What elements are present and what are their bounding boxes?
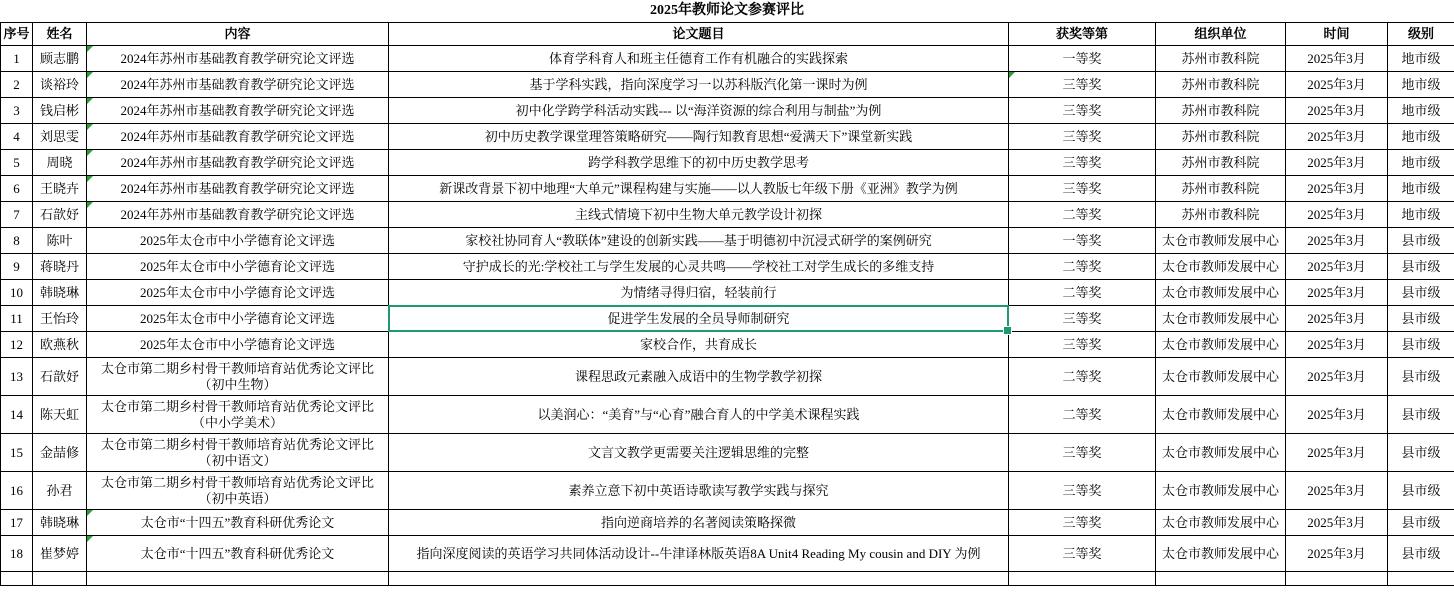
paper-title-cell[interactable]: 家校合作，共育成长 <box>389 332 1009 358</box>
content-cell[interactable]: 太仓市“十四五”教育科研优秀论文 <box>87 536 389 572</box>
paper-title-cell[interactable]: 主线式情境下初中生物大单元教学设计初探 <box>389 202 1009 228</box>
col-header-index[interactable]: 序号 <box>1 23 33 46</box>
level-cell[interactable]: 地市级 <box>1388 202 1454 228</box>
name-cell[interactable]: 石歆妤 <box>33 358 87 396</box>
org-unit-cell[interactable]: 苏州市教科院 <box>1156 98 1286 124</box>
table-row: 14陈天虹太仓市第二期乡村骨干教师培育站优秀论文评比（中小学美术）以美润心：“美… <box>1 396 1454 434</box>
time-cell[interactable]: 2025年3月 <box>1286 396 1388 434</box>
comment-indicator-icon <box>87 202 93 208</box>
row-number-cell[interactable]: 2 <box>1 72 33 98</box>
content-cell[interactable]: 太仓市第二期乡村骨干教师培育站优秀论文评比（初中英语） <box>87 472 389 510</box>
time-cell[interactable]: 2025年3月 <box>1286 228 1388 254</box>
row-number-cell[interactable]: 17 <box>1 510 33 536</box>
col-header-org[interactable]: 组织单位 <box>1156 23 1286 46</box>
award-cell[interactable]: 三等奖 <box>1009 98 1156 124</box>
level-cell[interactable]: 县市级 <box>1388 434 1454 472</box>
comment-indicator-icon <box>87 72 93 78</box>
row-number-cell[interactable]: 11 <box>1 306 33 332</box>
award-cell[interactable]: 三等奖 <box>1009 472 1156 510</box>
table-row: 2谈裕玲2024年苏州市基础教育教学研究论文评选基于学科实践，指向深度学习一以苏… <box>1 72 1454 98</box>
award-cell[interactable]: 三等奖 <box>1009 72 1156 98</box>
level-cell[interactable]: 县市级 <box>1388 536 1454 572</box>
level-cell[interactable]: 地市级 <box>1388 46 1454 72</box>
time-cell[interactable]: 2025年3月 <box>1286 124 1388 150</box>
time-cell[interactable]: 2025年3月 <box>1286 98 1388 124</box>
table-row: 10韩晓琳2025年太仓市中小学德育论文评选为情绪寻得归宿，轻装前行二等奖太仓市… <box>1 280 1454 306</box>
name-cell[interactable]: 钱启彬 <box>33 98 87 124</box>
name-cell[interactable]: 欧燕秋 <box>33 332 87 358</box>
org-unit-cell[interactable]: 太仓市教师发展中心 <box>1156 306 1286 332</box>
org-unit-cell[interactable] <box>1156 572 1286 586</box>
partial-row <box>1 572 1454 586</box>
time-cell[interactable]: 2025年3月 <box>1286 72 1388 98</box>
time-cell[interactable]: 2025年3月 <box>1286 254 1388 280</box>
time-cell[interactable]: 2025年3月 <box>1286 358 1388 396</box>
org-unit-cell[interactable]: 苏州市教科院 <box>1156 72 1286 98</box>
org-unit-cell[interactable]: 苏州市教科院 <box>1156 150 1286 176</box>
name-cell[interactable]: 韩晓琳 <box>33 280 87 306</box>
comment-indicator-icon <box>1009 72 1015 78</box>
award-cell[interactable]: 三等奖 <box>1009 510 1156 536</box>
content-cell[interactable]: 2025年太仓市中小学德育论文评选 <box>87 332 389 358</box>
table-row: 7石歆妤2024年苏州市基础教育教学研究论文评选主线式情境下初中生物大单元教学设… <box>1 202 1454 228</box>
col-header-award[interactable]: 获奖等第 <box>1009 23 1156 46</box>
content-cell[interactable]: 2025年太仓市中小学德育论文评选 <box>87 254 389 280</box>
table-row: 12欧燕秋2025年太仓市中小学德育论文评选家校合作，共育成长三等奖太仓市教师发… <box>1 332 1454 358</box>
time-cell[interactable]: 2025年3月 <box>1286 306 1388 332</box>
paper-title-cell[interactable]: 体育学科育人和班主任德育工作有机融合的实践探索 <box>389 46 1009 72</box>
content-cell[interactable]: 太仓市第二期乡村骨干教师培育站优秀论文评比（中小学美术） <box>87 396 389 434</box>
level-cell[interactable]: 地市级 <box>1388 98 1454 124</box>
award-cell[interactable]: 二等奖 <box>1009 280 1156 306</box>
row-number-cell[interactable]: 16 <box>1 472 33 510</box>
level-cell[interactable]: 县市级 <box>1388 396 1454 434</box>
content-cell[interactable]: 2024年苏州市基础教育教学研究论文评选 <box>87 72 389 98</box>
paper-title-cell[interactable]: 初中历史教学课堂理答策略研究——陶行知教育思想“爱满天下”课堂新实践 <box>389 124 1009 150</box>
award-cell[interactable]: 三等奖 <box>1009 176 1156 202</box>
time-cell[interactable]: 2025年3月 <box>1286 46 1388 72</box>
name-cell[interactable]: 谈裕玲 <box>33 72 87 98</box>
level-cell[interactable]: 县市级 <box>1388 332 1454 358</box>
org-unit-cell[interactable]: 苏州市教科院 <box>1156 176 1286 202</box>
name-cell[interactable]: 陈天虹 <box>33 396 87 434</box>
content-cell[interactable]: 2024年苏州市基础教育教学研究论文评选 <box>87 46 389 72</box>
award-cell[interactable]: 二等奖 <box>1009 396 1156 434</box>
level-cell[interactable]: 地市级 <box>1388 124 1454 150</box>
row-number-cell[interactable]: 13 <box>1 358 33 396</box>
paper-title-cell[interactable]: 基于学科实践，指向深度学习一以苏科版汽化第一课时为例 <box>389 72 1009 98</box>
col-header-level[interactable]: 级别 <box>1388 23 1454 46</box>
level-cell[interactable]: 县市级 <box>1388 254 1454 280</box>
level-cell[interactable]: 地市级 <box>1388 150 1454 176</box>
row-number-cell[interactable]: 15 <box>1 434 33 472</box>
org-unit-cell[interactable]: 太仓市教师发展中心 <box>1156 536 1286 572</box>
time-cell[interactable]: 2025年3月 <box>1286 332 1388 358</box>
name-cell[interactable]: 崔梦婷 <box>33 536 87 572</box>
content-cell[interactable]: 2025年太仓市中小学德育论文评选 <box>87 306 389 332</box>
comment-indicator-icon <box>87 46 93 52</box>
award-cell[interactable]: 三等奖 <box>1009 434 1156 472</box>
paper-title-cell[interactable]: 素养立意下初中英语诗歌读写教学实践与探究 <box>389 472 1009 510</box>
col-header-name[interactable]: 姓名 <box>33 23 87 46</box>
name-cell[interactable]: 顾志鹏 <box>33 46 87 72</box>
name-cell[interactable]: 周晓 <box>33 150 87 176</box>
row-number-cell[interactable]: 6 <box>1 176 33 202</box>
name-cell[interactable]: 孙君 <box>33 472 87 510</box>
header-row: 序号 姓名 内容 论文题目 获奖等第 组织单位 时间 级别 <box>1 23 1454 46</box>
time-cell[interactable] <box>1286 572 1388 586</box>
level-cell[interactable]: 县市级 <box>1388 280 1454 306</box>
content-cell[interactable]: 2024年苏州市基础教育教学研究论文评选 <box>87 98 389 124</box>
name-cell[interactable]: 王晓卉 <box>33 176 87 202</box>
paper-title-cell[interactable]: 以美润心：“美育”与“心育”融合育人的中学美术课程实践 <box>389 396 1009 434</box>
paper-title-cell[interactable]: 守护成长的光:学校社工与学生发展的心灵共鸣——学校社工对学生成长的多维支持 <box>389 254 1009 280</box>
table-row: 5周晓2024年苏州市基础教育教学研究论文评选跨学科教学思维下的初中历史教学思考… <box>1 150 1454 176</box>
org-unit-cell[interactable]: 太仓市教师发展中心 <box>1156 396 1286 434</box>
award-cell[interactable]: 三等奖 <box>1009 124 1156 150</box>
comment-indicator-icon <box>87 98 93 104</box>
comment-indicator-icon <box>87 536 93 542</box>
time-cell[interactable]: 2025年3月 <box>1286 176 1388 202</box>
award-cell[interactable]: 一等奖 <box>1009 46 1156 72</box>
table-row: 3钱启彬2024年苏州市基础教育教学研究论文评选初中化学跨学科活动实践--- 以… <box>1 98 1454 124</box>
level-cell[interactable]: 县市级 <box>1388 306 1454 332</box>
table-row: 16孙君太仓市第二期乡村骨干教师培育站优秀论文评比（初中英语）素养立意下初中英语… <box>1 472 1454 510</box>
org-unit-cell[interactable]: 太仓市教师发展中心 <box>1156 434 1286 472</box>
level-cell[interactable] <box>1388 572 1454 586</box>
level-cell[interactable]: 地市级 <box>1388 72 1454 98</box>
row-number-cell[interactable]: 9 <box>1 254 33 280</box>
row-number-cell[interactable]: 4 <box>1 124 33 150</box>
name-cell[interactable]: 刘思雯 <box>33 124 87 150</box>
row-number-cell[interactable]: 18 <box>1 536 33 572</box>
col-header-time[interactable]: 时间 <box>1286 23 1388 46</box>
award-cell[interactable]: 三等奖 <box>1009 150 1156 176</box>
paper-title-cell[interactable]: 跨学科教学思维下的初中历史教学思考 <box>389 150 1009 176</box>
table-row: 11王怡玲2025年太仓市中小学德育论文评选促进学生发展的全员导师制研究三等奖太… <box>1 306 1454 332</box>
paper-title-cell[interactable] <box>389 572 1009 586</box>
award-cell[interactable]: 二等奖 <box>1009 358 1156 396</box>
content-cell[interactable]: 2024年苏州市基础教育教学研究论文评选 <box>87 150 389 176</box>
table-row: 17韩晓琳太仓市“十四五”教育科研优秀论文指向逆商培养的名著阅读策略探微三等奖太… <box>1 510 1454 536</box>
name-cell[interactable]: 石歆妤 <box>33 202 87 228</box>
paper-title-cell[interactable]: 新课改背景下初中地理“大单元”课程构建与实施——以人教版七年级下册《亚洲》教学为… <box>389 176 1009 202</box>
awards-table: 序号 姓名 内容 论文题目 获奖等第 组织单位 时间 级别 1顾志鹏2024年苏… <box>0 22 1454 586</box>
row-number-cell[interactable]: 10 <box>1 280 33 306</box>
table-header: 序号 姓名 内容 论文题目 获奖等第 组织单位 时间 级别 <box>1 23 1454 46</box>
table-row: 15金喆修太仓市第二期乡村骨干教师培育站优秀论文评比（初中语文）文言文教学更需要… <box>1 434 1454 472</box>
name-cell[interactable]: 韩晓琳 <box>33 510 87 536</box>
paper-title-cell[interactable]: 指向逆商培养的名著阅读策略探微 <box>389 510 1009 536</box>
content-cell[interactable]: 2025年太仓市中小学德育论文评选 <box>87 228 389 254</box>
award-cell[interactable] <box>1009 572 1156 586</box>
org-unit-cell[interactable]: 太仓市教师发展中心 <box>1156 332 1286 358</box>
time-cell[interactable]: 2025年3月 <box>1286 536 1388 572</box>
comment-indicator-icon <box>87 124 93 130</box>
paper-title-cell[interactable]: 家校社协同育人“教联体”建设的创新实践——基于明德初中沉浸式研学的案例研究 <box>389 228 1009 254</box>
paper-title-cell[interactable]: 文言文教学更需要关注逻辑思维的完整 <box>389 434 1009 472</box>
comment-indicator-icon <box>87 176 93 182</box>
row-number-cell[interactable]: 14 <box>1 396 33 434</box>
org-unit-cell[interactable]: 太仓市教师发展中心 <box>1156 228 1286 254</box>
row-number-cell[interactable]: 1 <box>1 46 33 72</box>
content-cell[interactable] <box>87 572 389 586</box>
time-cell[interactable]: 2025年3月 <box>1286 434 1388 472</box>
row-number-cell[interactable] <box>1 572 33 586</box>
row-number-cell[interactable]: 3 <box>1 98 33 124</box>
award-cell[interactable]: 三等奖 <box>1009 536 1156 572</box>
name-cell[interactable]: 王怡玲 <box>33 306 87 332</box>
sheet-title: 2025年教师论文参赛评比 <box>0 0 1454 22</box>
col-header-paper-title[interactable]: 论文题目 <box>389 23 1009 46</box>
table-body: 1顾志鹏2024年苏州市基础教育教学研究论文评选体育学科育人和班主任德育工作有机… <box>1 46 1454 586</box>
content-cell[interactable]: 2024年苏州市基础教育教学研究论文评选 <box>87 176 389 202</box>
time-cell[interactable]: 2025年3月 <box>1286 150 1388 176</box>
time-cell[interactable]: 2025年3月 <box>1286 202 1388 228</box>
row-number-cell[interactable]: 8 <box>1 228 33 254</box>
org-unit-cell[interactable]: 太仓市教师发展中心 <box>1156 358 1286 396</box>
org-unit-cell[interactable]: 苏州市教科院 <box>1156 124 1286 150</box>
comment-indicator-icon <box>87 510 93 516</box>
fill-handle[interactable] <box>1003 326 1012 335</box>
content-cell[interactable]: 太仓市第二期乡村骨干教师培育站优秀论文评比（初中生物） <box>87 358 389 396</box>
table-row: 13石歆妤太仓市第二期乡村骨干教师培育站优秀论文评比（初中生物）课程思政元素融入… <box>1 358 1454 396</box>
org-unit-cell[interactable]: 太仓市教师发展中心 <box>1156 254 1286 280</box>
award-cell[interactable]: 一等奖 <box>1009 228 1156 254</box>
table-row: 18崔梦婷太仓市“十四五”教育科研优秀论文指向深度阅读的英语学习共同体活动设计-… <box>1 536 1454 572</box>
level-cell[interactable]: 地市级 <box>1388 176 1454 202</box>
content-cell[interactable]: 2024年苏州市基础教育教学研究论文评选 <box>87 124 389 150</box>
table-row: 1顾志鹏2024年苏州市基础教育教学研究论文评选体育学科育人和班主任德育工作有机… <box>1 46 1454 72</box>
award-cell[interactable]: 二等奖 <box>1009 254 1156 280</box>
level-cell[interactable]: 县市级 <box>1388 228 1454 254</box>
paper-title-cell[interactable]: 课程思政元素融入成语中的生物学教学初探 <box>389 358 1009 396</box>
row-number-cell[interactable]: 12 <box>1 332 33 358</box>
content-cell[interactable]: 太仓市“十四五”教育科研优秀论文 <box>87 510 389 536</box>
name-cell[interactable]: 蒋晓丹 <box>33 254 87 280</box>
org-unit-cell[interactable]: 苏州市教科院 <box>1156 46 1286 72</box>
name-cell[interactable]: 陈叶 <box>33 228 87 254</box>
org-unit-cell[interactable]: 太仓市教师发展中心 <box>1156 472 1286 510</box>
award-cell[interactable]: 三等奖 <box>1009 306 1156 332</box>
org-unit-cell[interactable]: 苏州市教科院 <box>1156 202 1286 228</box>
paper-title-cell[interactable]: 为情绪寻得归宿，轻装前行 <box>389 280 1009 306</box>
award-cell[interactable]: 二等奖 <box>1009 202 1156 228</box>
table-row: 8陈叶2025年太仓市中小学德育论文评选家校社协同育人“教联体”建设的创新实践—… <box>1 228 1454 254</box>
award-cell[interactable]: 三等奖 <box>1009 332 1156 358</box>
comment-indicator-icon <box>87 150 93 156</box>
row-number-cell[interactable]: 5 <box>1 150 33 176</box>
time-cell[interactable]: 2025年3月 <box>1286 472 1388 510</box>
content-cell[interactable]: 太仓市第二期乡村骨干教师培育站优秀论文评比（初中语文） <box>87 434 389 472</box>
table-row: 6王晓卉2024年苏州市基础教育教学研究论文评选新课改背景下初中地理“大单元”课… <box>1 176 1454 202</box>
content-cell[interactable]: 2025年太仓市中小学德育论文评选 <box>87 280 389 306</box>
name-cell[interactable]: 金喆修 <box>33 434 87 472</box>
content-cell[interactable]: 2024年苏州市基础教育教学研究论文评选 <box>87 202 389 228</box>
paper-title-cell[interactable]: 指向深度阅读的英语学习共同体活动设计--牛津译林版英语8A Unit4 Read… <box>389 536 1009 572</box>
row-number-cell[interactable]: 7 <box>1 202 33 228</box>
name-cell[interactable] <box>33 572 87 586</box>
table-row: 9蒋晓丹2025年太仓市中小学德育论文评选守护成长的光:学校社工与学生发展的心灵… <box>1 254 1454 280</box>
time-cell[interactable]: 2025年3月 <box>1286 280 1388 306</box>
org-unit-cell[interactable]: 太仓市教师发展中心 <box>1156 510 1286 536</box>
paper-title-cell[interactable]: 促进学生发展的全员导师制研究 <box>389 306 1009 332</box>
level-cell[interactable]: 县市级 <box>1388 510 1454 536</box>
table-row: 4刘思雯2024年苏州市基础教育教学研究论文评选初中历史教学课堂理答策略研究——… <box>1 124 1454 150</box>
time-cell[interactable]: 2025年3月 <box>1286 510 1388 536</box>
level-cell[interactable]: 县市级 <box>1388 472 1454 510</box>
paper-title-cell[interactable]: 初中化学跨学科活动实践--- 以“海洋资源的综合利用与制盐”为例 <box>389 98 1009 124</box>
org-unit-cell[interactable]: 太仓市教师发展中心 <box>1156 280 1286 306</box>
level-cell[interactable]: 县市级 <box>1388 358 1454 396</box>
col-header-content[interactable]: 内容 <box>87 23 389 46</box>
